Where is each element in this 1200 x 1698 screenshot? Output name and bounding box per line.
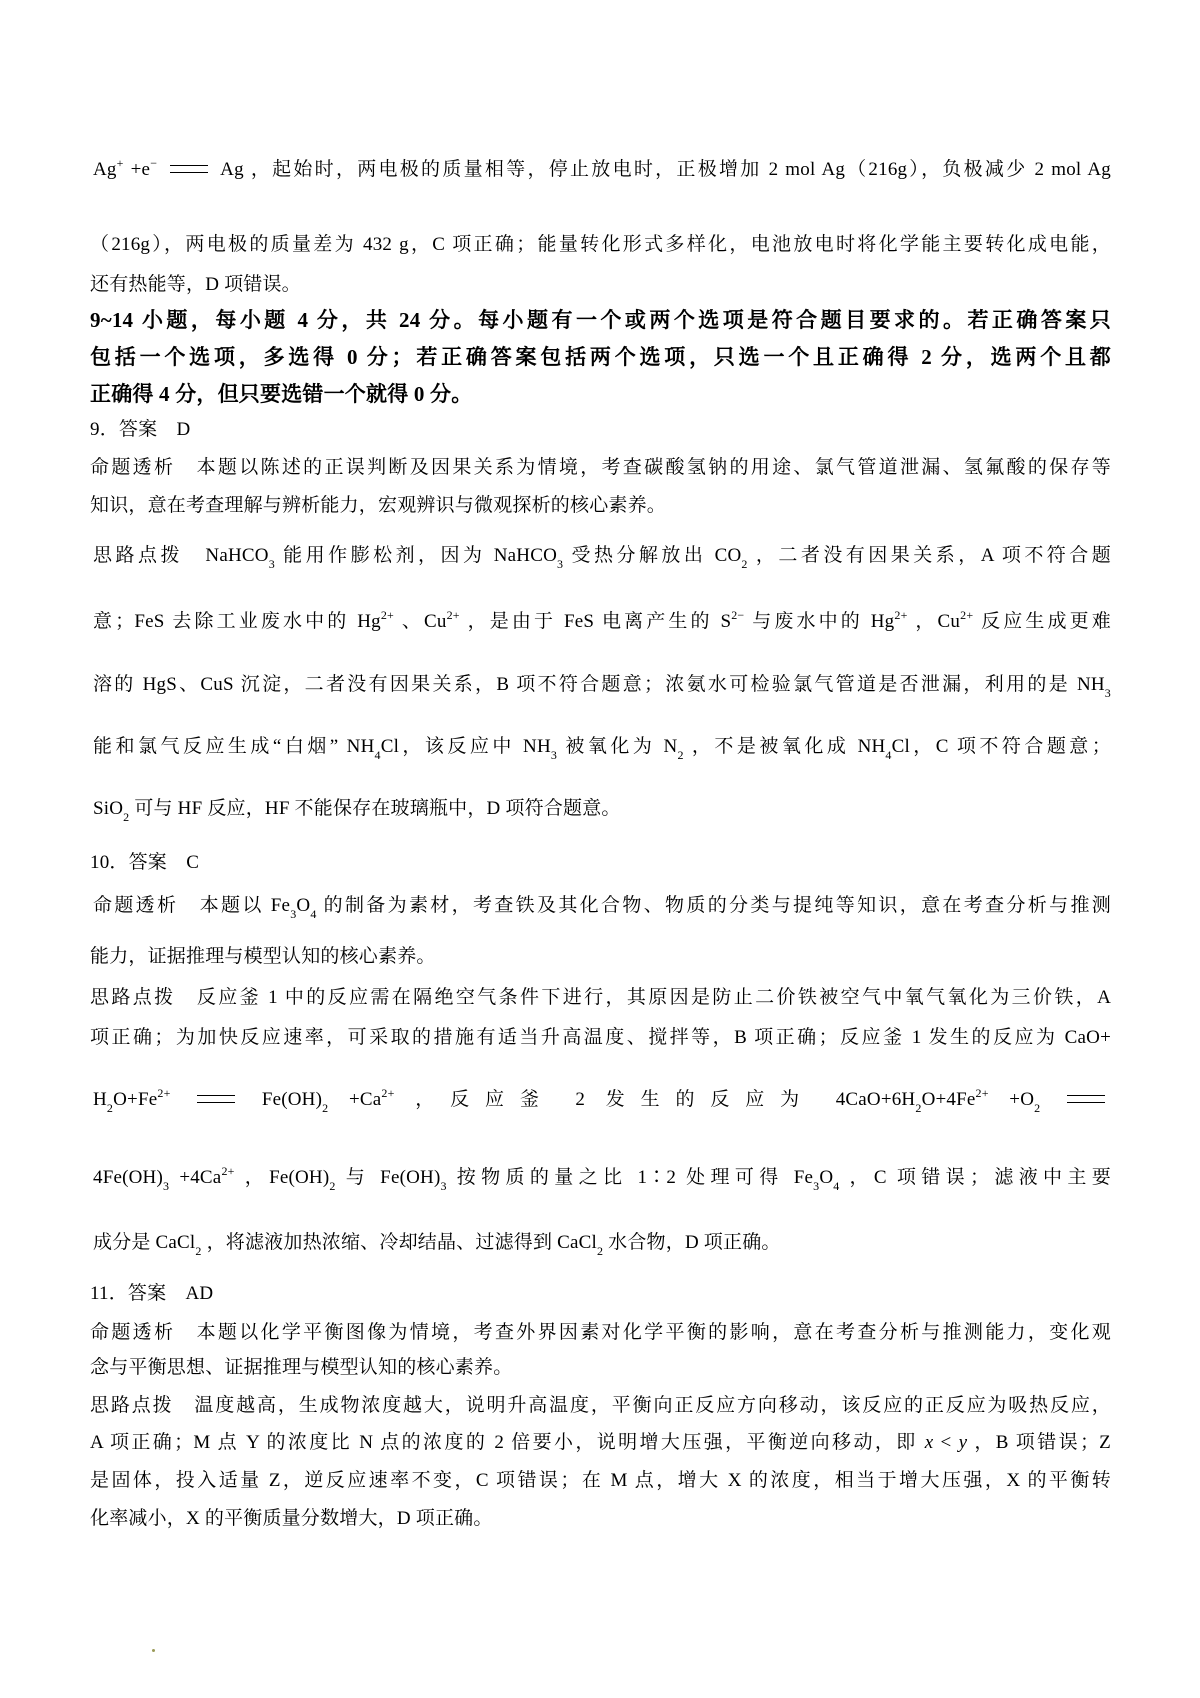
- document-line-2: （216g），两电极的质量差为 432 g，C 项正确；能量转化形式多样化，电池…: [90, 227, 1111, 263]
- document-line-22: 成分是 CaCl2 ，将滤液加热浓缩、冷却结晶、过滤得到 CaCl2 水合物，D…: [93, 1225, 1111, 1261]
- subscript: 4: [375, 748, 381, 762]
- document-line-16: 命题透析 本题以 Fe3O4 的制备为素材，考查铁及其化合物、物质的分类与提纯等…: [93, 888, 1111, 924]
- subscript: 3: [163, 1179, 169, 1193]
- document-line-27: A 项正确；M 点 Y 的浓度比 N 点的浓度的 2 倍要小，说明增大压强，平衡…: [90, 1425, 1111, 1461]
- document-line-18: 思路点拨 反应釜 1 中的反应需在隔绝空气条件下进行，其原因是防止二价铁被空气中…: [90, 980, 1111, 1016]
- document-line-26: 思路点拨 温度越高，生成物浓度越大，说明升高温度，平衡向正反应方向移动，该反应的…: [90, 1388, 1111, 1424]
- superscript: 2+: [447, 608, 460, 622]
- document-line-10: 思路点拨 NaHCO3 能用作膨松剂，因为 NaHCO3 受热分解放出 CO2 …: [93, 538, 1111, 574]
- subscript: 3: [269, 557, 275, 571]
- subscript: 2: [123, 810, 129, 824]
- subscript: 2: [741, 557, 747, 571]
- italic-variable: x: [925, 1432, 934, 1453]
- document-line-17: 能力，证据推理与模型认知的核心素养。: [90, 939, 1111, 975]
- document-line-11: 意；FeS 去除工业废水中的 Hg2+ 、Cu2+ ，是由于 FeS 电离产生的…: [93, 604, 1111, 640]
- document-line-24: 命题透析 本题以化学平衡图像为情境，考查外界因素对化学平衡的影响，意在考查分析与…: [90, 1315, 1111, 1351]
- superscript: 2+: [157, 1086, 170, 1100]
- subscript: 2: [107, 1101, 113, 1115]
- subscript: 2: [1034, 1101, 1040, 1115]
- document-line-28: 是固体，投入适量 Z，逆反应速率不变，C 项错误；在 M 点，增大 X 的浓度，…: [90, 1463, 1111, 1499]
- subscript: 3: [290, 907, 296, 921]
- document-page: Ag+ +e− Ag ，起始时，两电极的质量相等，停止放电时，正极增加 2 mo…: [0, 0, 1200, 1698]
- document-line-21: 4Fe(OH)3 +4Ca2+ ，Fe(OH)2 与 Fe(OH)3 按物质的量…: [93, 1160, 1111, 1196]
- subscript: 4: [310, 907, 316, 921]
- document-line-3: 还有热能等，D 项错误。: [90, 267, 1111, 303]
- double-line-equals: [1067, 1095, 1105, 1103]
- superscript: 2+: [221, 1164, 234, 1178]
- document-line-13: 能和氯气反应生成“白烟” NH4Cl，该反应中 NH3 被氧化为 N2 ，不是被…: [93, 729, 1111, 765]
- superscript: 2+: [381, 608, 394, 622]
- superscript: 2+: [960, 608, 973, 622]
- document-line-25: 念与平衡思想、证据推理与模型认知的核心素养。: [90, 1350, 1111, 1386]
- document-line-14: SiO2 可与 HF 反应，HF 不能保存在玻璃瓶中，D 项符合题意。: [93, 791, 1111, 827]
- document-line-12: 溶的 HgS、CuS 沉淀，二者没有因果关系，B 项不符合题意；浓氨水可检验氯气…: [93, 667, 1111, 703]
- superscript: −: [150, 156, 157, 170]
- superscript: 2+: [381, 1086, 394, 1100]
- page-artifact-dot: [152, 1649, 155, 1652]
- subscript: 2: [915, 1101, 921, 1115]
- subscript: 4: [885, 748, 891, 762]
- subscript: 3: [1105, 686, 1111, 700]
- document-line-15: 10．答案 C: [90, 845, 1111, 881]
- subscript: 3: [813, 1179, 819, 1193]
- document-line-19: 项正确；为加快反应速率，可采取的措施有适当升高温度、搅拌等，B 项正确；反应釜 …: [90, 1020, 1111, 1056]
- superscript: 2−: [731, 608, 744, 622]
- document-line-6: 正确得 4 分，但只要选错一个就得 0 分。: [90, 376, 1111, 412]
- subscript: 2: [677, 748, 683, 762]
- subscript: 3: [557, 557, 563, 571]
- document-line-23: 11．答案 AD: [90, 1276, 1111, 1312]
- double-line-equals: [197, 1095, 235, 1103]
- subscript: 3: [551, 748, 557, 762]
- superscript: 2+: [894, 608, 907, 622]
- superscript: +: [117, 156, 124, 170]
- subscript: 2: [322, 1101, 328, 1115]
- document-line-5: 包括一个选项，多选得 0 分；若正确答案包括两个选项，只选一个且正确得 2 分，…: [90, 339, 1111, 375]
- document-line-8: 命题透析 本题以陈述的正误判断及因果关系为情境，考查碳酸氢钠的用途、氯气管道泄漏…: [90, 450, 1111, 486]
- document-line-29: 化率减小，X 的平衡质量分数增大，D 项正确。: [90, 1501, 1111, 1537]
- document-line-9: 知识，意在考查理解与辨析能力，宏观辨识与微观探析的核心素养。: [90, 488, 1111, 524]
- subscript: 2: [195, 1244, 201, 1258]
- subscript: 2: [597, 1244, 603, 1258]
- document-line-1: Ag+ +e− Ag ，起始时，两电极的质量相等，停止放电时，正极增加 2 mo…: [93, 152, 1111, 188]
- document-line-20: H2O+Fe2+ Fe(OH)2 +Ca2+ ，反应釜 2 发生的反应为 4Ca…: [93, 1082, 1111, 1118]
- document-line-7: 9．答案 D: [90, 412, 1111, 448]
- double-line-equals: [170, 165, 208, 173]
- subscript: 3: [440, 1179, 446, 1193]
- superscript: 2+: [976, 1086, 989, 1100]
- subscript: 4: [833, 1179, 839, 1193]
- subscript: 2: [329, 1179, 335, 1193]
- italic-variable: y: [959, 1432, 968, 1453]
- document-line-4: 9~14 小题，每小题 4 分，共 24 分。每小题有一个或两个选项是符合题目要…: [90, 302, 1111, 338]
